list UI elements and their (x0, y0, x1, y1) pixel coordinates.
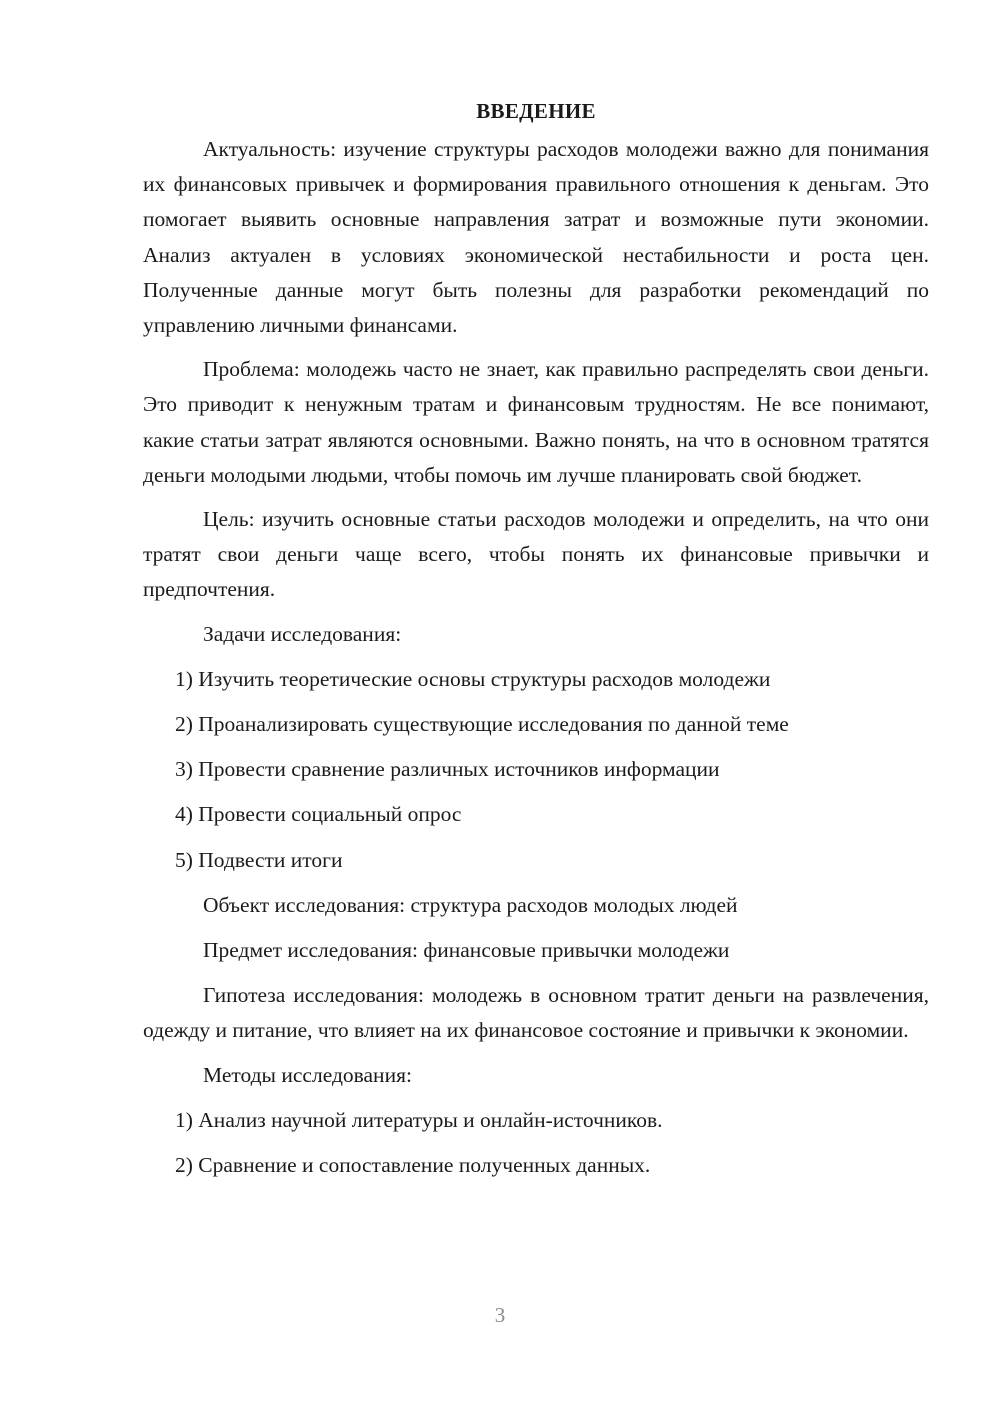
page-content: ВВЕДЕНИЕ Актуальность: изучение структур… (143, 94, 929, 1193)
page-number: 3 (0, 1303, 1000, 1328)
tasks-list: 1) Изучить теоретические основы структур… (143, 662, 929, 878)
method-item: 1) Анализ научной литературы и онлайн-ис… (143, 1103, 929, 1138)
problem-paragraph: Проблема: молодежь часто не знает, как п… (143, 352, 929, 493)
method-item: 2) Сравнение и сопоставление полученных … (143, 1148, 929, 1183)
task-item: 2) Проанализировать существующие исследо… (143, 707, 929, 742)
research-object: Объект исследования: структура расходов … (143, 888, 929, 923)
task-item: 1) Изучить теоретические основы структур… (143, 662, 929, 697)
methods-list: 1) Анализ научной литературы и онлайн-ис… (143, 1103, 929, 1183)
tasks-heading: Задачи исследования: (143, 617, 929, 652)
task-item: 3) Провести сравнение различных источник… (143, 752, 929, 787)
methods-heading: Методы исследования: (143, 1058, 929, 1093)
relevance-paragraph: Актуальность: изучение структуры расходо… (143, 132, 929, 343)
hypothesis-paragraph: Гипотеза исследования: молодежь в основн… (143, 978, 929, 1048)
goal-paragraph: Цель: изучить основные статьи расходов м… (143, 502, 929, 608)
document-page: ВВЕДЕНИЕ Актуальность: изучение структур… (0, 0, 1000, 1414)
research-subject: Предмет исследования: финансовые привычк… (143, 933, 929, 968)
task-item: 5) Подвести итоги (143, 843, 929, 878)
section-title: ВВЕДЕНИЕ (143, 94, 929, 128)
task-item: 4) Провести социальный опрос (143, 797, 929, 832)
